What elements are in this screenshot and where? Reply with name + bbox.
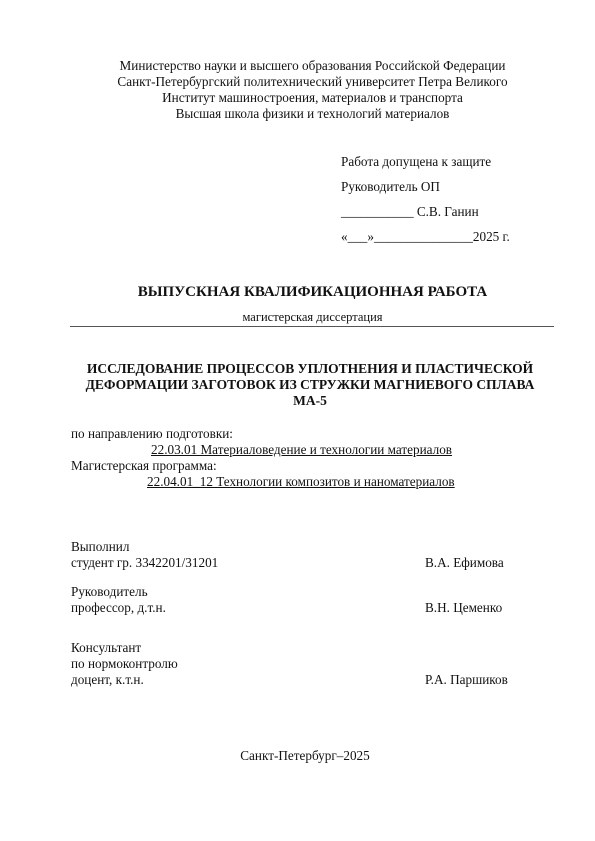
work-type-title: ВЫПУСКНАЯ КВАЛИФИКАЦИОННАЯ РАБОТА [0, 284, 595, 301]
program-value: 22.04.01_12 Технологии композитов и нано… [147, 474, 455, 490]
supervisor-name: В.Н. Цеменко [425, 600, 502, 616]
school-line: Высшая школа физики и технологий материа… [0, 106, 595, 122]
direction-value: 22.03.01 Материаловедение и технологии м… [151, 442, 452, 458]
approval-signature: ___________ С.В. Ганин [341, 204, 479, 220]
approval-head: Руководитель ОП [341, 179, 440, 195]
approval-date: «___»_______________2025 г. [341, 229, 510, 245]
direction-label: по направлению подготовки: [71, 426, 233, 442]
consultant-position: доцент, к.т.н. [71, 672, 144, 688]
signature-name: С.В. Ганин [417, 204, 479, 219]
signature-blank: ___________ [341, 204, 414, 219]
thesis-title-line-3: МА-5 [0, 393, 595, 409]
consultant-role: Консультант [71, 640, 141, 656]
performer-position: студент гр. 3342201/31201 [71, 555, 218, 571]
work-type-subtitle: магистерская диссертация [0, 310, 595, 325]
footer-city-year: Санкт-Петербург–2025 [0, 748, 595, 764]
program-label: Магистерская программа: [71, 458, 217, 474]
thesis-title-line-1: ИССЛЕДОВАНИЕ ПРОЦЕССОВ УПЛОТНЕНИЯ И ПЛАС… [0, 361, 595, 377]
consultant-name: Р.А. Паршиков [425, 672, 508, 688]
supervisor-role: Руководитель [71, 584, 148, 600]
title-divider [70, 326, 554, 327]
institute-line: Институт машиностроения, материалов и тр… [0, 90, 595, 106]
supervisor-position: профессор, д.т.н. [71, 600, 166, 616]
consultant-role-detail: по нормоконтролю [71, 656, 178, 672]
ministry-line: Министерство науки и высшего образования… [0, 58, 595, 74]
performer-name: В.А. Ефимова [425, 555, 504, 571]
approval-admitted: Работа допущена к защите [341, 154, 491, 170]
performer-role: Выполнил [71, 539, 129, 555]
university-line: Санкт-Петербургский политехнический унив… [0, 74, 595, 90]
thesis-title-line-2: ДЕФОРМАЦИИ ЗАГОТОВОК ИЗ СТРУЖКИ МАГНИЕВО… [0, 377, 595, 393]
